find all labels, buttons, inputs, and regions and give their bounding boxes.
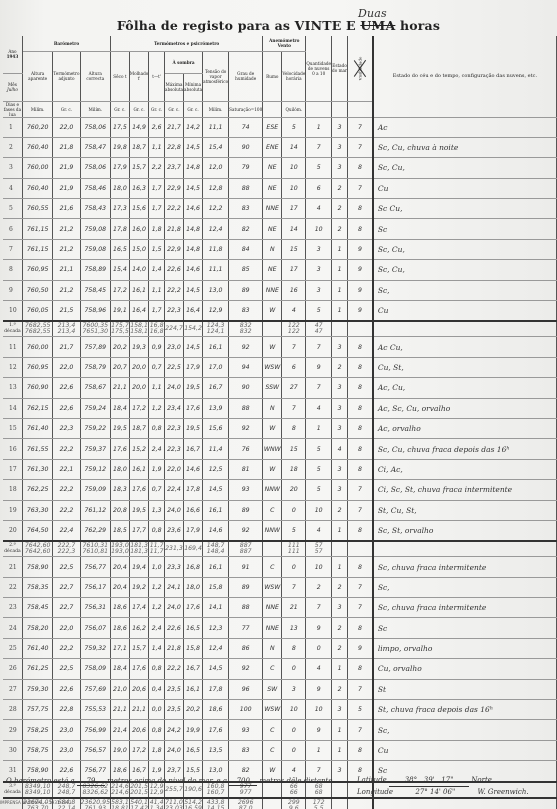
cell: 760,00 (22, 158, 53, 178)
col-bar-corrected: Altura correcta (80, 51, 111, 101)
cell: 1 (332, 520, 348, 541)
summary-cell: 41,41,34 (149, 798, 165, 809)
summary-cell: 2999,6 (282, 798, 306, 809)
shade-group-header: À sombra (164, 51, 202, 73)
cell: 21,1 (111, 700, 130, 720)
cell: 1,9 (149, 459, 165, 479)
cell: 756,31 (80, 598, 111, 618)
cell: 17 (282, 199, 306, 219)
cell: N (263, 638, 282, 658)
unit-8: Milím. (203, 101, 229, 117)
cell: 21,7 (164, 117, 183, 137)
cell: 22,1 (53, 459, 80, 479)
unit-11: Quilóm. (282, 101, 306, 117)
day-number: 6 (3, 219, 22, 239)
cell: 14,5 (184, 178, 203, 198)
cell: 9 (306, 720, 332, 740)
day-number: 20 (3, 520, 22, 541)
cell: 21,2 (53, 219, 80, 239)
cell: 15,2 (129, 439, 149, 459)
cell: 14,6 (184, 260, 203, 280)
day-number: 1 (3, 117, 22, 137)
cell: 20,2 (184, 700, 203, 720)
cell: 3 (306, 260, 332, 280)
cell: 7 (348, 577, 373, 597)
unit-3: Gr. c. (111, 101, 130, 117)
cell: 16,7 (184, 439, 203, 459)
col-sea-state: Estado do mar (332, 36, 348, 101)
cell: 3 (306, 239, 332, 259)
cell: 760,90 (22, 378, 53, 398)
cell: 10 (306, 219, 332, 239)
cell: 22,2 (53, 480, 80, 500)
cell: W (263, 337, 282, 357)
cell: 756,57 (80, 740, 111, 760)
cell: 4 (306, 199, 332, 219)
cell: 762,15 (22, 398, 53, 418)
day-number: 27 (3, 679, 22, 699)
cell: 2,4 (149, 439, 165, 459)
day-number: 23 (3, 598, 22, 618)
sky-observation: Sc, chuva fraca intermitente (373, 598, 557, 618)
thermometers-group-header: Termómetros e psicrómetro (111, 36, 263, 51)
cell: W (263, 418, 282, 438)
cell: 4 (282, 301, 306, 322)
cell: 7 (306, 137, 332, 157)
cell: 1 (332, 659, 348, 679)
barometer-distance-value: 700 (229, 777, 257, 786)
cell: 12,9 (203, 301, 229, 322)
summary-cell: 269687,0 (229, 798, 263, 809)
cell: 15,0 (129, 239, 149, 259)
cell: 1 (332, 740, 348, 760)
summary-cell: 7610,317610,81 (80, 541, 111, 557)
sky-observation: Sc, Cu, (373, 239, 557, 259)
summary-label: 1.ª década (3, 321, 22, 337)
cell: 21,9 (53, 178, 80, 198)
col-diff: t—t' (149, 51, 165, 101)
cell: 3 (332, 378, 348, 398)
table-row: 18762,2522,2759,0918,317,60,722,417,814,… (3, 480, 557, 500)
cell: 16,1 (203, 557, 229, 577)
cell: 90 (229, 378, 263, 398)
cell: 4 (306, 520, 332, 541)
sky-observation: Sc, St, orvalho (373, 520, 557, 541)
cell: C (263, 659, 282, 679)
cell: 758,89 (80, 260, 111, 280)
cell: 5 (282, 520, 306, 541)
cell: 1,2 (149, 577, 165, 597)
summary-cell: 16,816,8 (149, 321, 165, 337)
summary-row: 2.ª década7642,607642,60222,7222,37610,3… (3, 541, 557, 557)
cell: 83 (229, 740, 263, 760)
cell: 22,5 (53, 557, 80, 577)
cell: 15 (282, 439, 306, 459)
cell: C (263, 740, 282, 760)
cell: N (263, 398, 282, 418)
day-number: 22 (3, 577, 22, 597)
cell: ENE (263, 137, 282, 157)
cell: 12,5 (203, 459, 229, 479)
cell: 17,3 (111, 199, 130, 219)
cell: 758,06 (80, 158, 111, 178)
col-vapour: Tensão do vapor atmosférico (203, 51, 229, 101)
cell: 21,4 (111, 720, 130, 740)
cell: 90 (229, 137, 263, 157)
col-dry: Sêco t (111, 51, 130, 101)
sky-observation: limpo, orvalho (373, 638, 557, 658)
cell: 13,9 (203, 398, 229, 418)
cell: 24,0 (164, 740, 183, 760)
cell: NE (263, 158, 282, 178)
cell: 91 (229, 557, 263, 577)
cell: 1 (332, 260, 348, 280)
table-row: 13760,9022,6758,6721,120,01,124,019,516,… (3, 378, 557, 398)
sky-observation: Ci, Sc, St, chuva fraca intermitente (373, 480, 557, 500)
cell: 22,3 (53, 418, 80, 438)
cell: 3 (332, 480, 348, 500)
cell: 17,8 (184, 480, 203, 500)
cell: 760,40 (22, 178, 53, 198)
cell: 2 (332, 577, 348, 597)
cell: 15,8 (203, 577, 229, 597)
cell: 10 (282, 700, 306, 720)
barometer-height-value: 79 (77, 777, 105, 786)
cell: 5 (282, 117, 306, 137)
cell: 756,77 (80, 557, 111, 577)
sky-observation: Cu (373, 740, 557, 760)
cell: 24,0 (164, 598, 183, 618)
cell: 24,2 (164, 720, 183, 740)
cell: 17,2 (111, 280, 130, 300)
cell: 7 (348, 500, 373, 520)
col-cloud-amount: Quantidade de nuvens 0 a 10 (306, 36, 332, 101)
sky-observation: Sc, (373, 720, 557, 740)
day-number: 16 (3, 439, 22, 459)
cell: 1 (332, 239, 348, 259)
cell: 15,6 (129, 199, 149, 219)
summary-cell: 175,7175,5 (111, 321, 130, 337)
cell: 22,9 (164, 178, 183, 198)
cell: 18 (282, 459, 306, 479)
cell: 12,4 (203, 219, 229, 239)
cell: 17,8 (111, 219, 130, 239)
cell: 21 (282, 598, 306, 618)
table-row: 19763,3022,2761,1220,819,51,324,016,616,… (3, 500, 557, 520)
cell: 22,2 (53, 439, 80, 459)
summary-cell: 23620,95761,93 (80, 798, 111, 809)
summary-cell: 11,711,7 (149, 541, 165, 557)
cell: 0,4 (149, 679, 165, 699)
cell: 14,2 (184, 117, 203, 137)
cell: 7 (282, 577, 306, 597)
cell: 0 (282, 659, 306, 679)
cell: C (263, 720, 282, 740)
summary-cell: 832832 (229, 321, 263, 337)
table-row: 28757,7522,8755,5321,121,10,023,520,218,… (3, 700, 557, 720)
cell: 7 (306, 337, 332, 357)
summary-obs-blank (373, 541, 557, 557)
cell: 79 (229, 158, 263, 178)
table-row: 20764,5022,4762,2918,517,70,823,617,914,… (3, 520, 557, 541)
cell: SW (263, 679, 282, 699)
cell: 92 (229, 337, 263, 357)
cell: 88 (229, 398, 263, 418)
summary-cell: 181,3181,3 (129, 541, 149, 557)
cell: 8 (348, 219, 373, 239)
table-row: 5760,5521,6758,4317,315,61,722,214,612,2… (3, 199, 557, 219)
cell: 2 (306, 577, 332, 597)
day-number: 9 (3, 280, 22, 300)
summary-cell: 169,4 (184, 541, 203, 557)
summary-cell (263, 541, 282, 557)
cell: 22,5 (164, 357, 183, 377)
cell: 1,7 (149, 178, 165, 198)
cell: 1,3 (149, 500, 165, 520)
cell: 5 (306, 459, 332, 479)
cell: 12,4 (203, 638, 229, 658)
page-title: Fôlha de registo para as VINTE E UMA hor… (0, 18, 557, 33)
cell: 759,22 (80, 418, 111, 438)
summary-cell: 711,023,03 (164, 798, 183, 809)
cell: 22,0 (53, 357, 80, 377)
table-row: 27759,3022,6757,6921,020,60,423,516,117,… (3, 679, 557, 699)
cell: 85 (229, 260, 263, 280)
cell: 8 (282, 638, 306, 658)
cell: 14 (282, 219, 306, 239)
cell: 10 (306, 500, 332, 520)
cell: 3 (332, 117, 348, 137)
cell: 0,8 (149, 720, 165, 740)
cell: 19,2 (129, 577, 149, 597)
cell: 3 (332, 459, 348, 479)
table-row: 29758,2523,0756,9921,420,60,824,219,917,… (3, 720, 557, 740)
cell: 89 (229, 577, 263, 597)
cell: 11,4 (203, 439, 229, 459)
cell: 17,1 (111, 638, 130, 658)
observation-table: Ano1943 Barómetro Termómetros e psicróme… (3, 36, 557, 809)
unit-0: Milím. (22, 101, 53, 117)
summary-cell: 887887 (229, 541, 263, 557)
cell: 23,0 (164, 337, 183, 357)
cell: NNE (263, 598, 282, 618)
cell: 3 (332, 137, 348, 157)
cell: 16 (282, 280, 306, 300)
cell: 760,05 (22, 301, 53, 322)
cell: 1,8 (149, 740, 165, 760)
cell: 92 (229, 520, 263, 541)
summary-cell: 193,0193,0 (111, 541, 130, 557)
cell: 18,0 (111, 178, 130, 198)
cell: 5 (306, 480, 332, 500)
cell: 15,4 (111, 260, 130, 280)
cell: 10 (306, 700, 332, 720)
cell: 16,6 (184, 500, 203, 520)
sky-observation: St, Cu, St, (373, 500, 557, 520)
cell: 7 (348, 178, 373, 198)
cell: 758,46 (80, 178, 111, 198)
cell: 81 (229, 459, 263, 479)
cell: 762,29 (80, 520, 111, 541)
cell: 15,7 (129, 158, 149, 178)
summary-cell: 583,118,81 (111, 798, 130, 809)
day-number: 30 (3, 740, 22, 760)
cell: 759,32 (80, 638, 111, 658)
sky-observation: Ac (373, 117, 557, 137)
cell: 84 (229, 239, 263, 259)
cell: 8 (348, 557, 373, 577)
cell: 10 (282, 178, 306, 198)
cell: 21,8 (164, 638, 183, 658)
cell: NE (263, 260, 282, 280)
cell: 23,0 (53, 740, 80, 760)
cell: 18,7 (129, 418, 149, 438)
cell: 22,9 (164, 239, 183, 259)
cell: 9 (306, 357, 332, 377)
cell: 21,1 (129, 700, 149, 720)
summary-cell: 540,117,42 (129, 798, 149, 809)
cell: 20,2 (111, 337, 130, 357)
col-wind-speed: Velocidade horária (282, 51, 306, 101)
summary-row: 23674,05763,70684,822,1423620,95761,9358… (3, 798, 557, 809)
cell: 15,4 (203, 137, 229, 157)
cell: 17,6 (184, 598, 203, 618)
cell: 4 (332, 439, 348, 459)
cell: 15 (282, 239, 306, 259)
cell: 22,6 (53, 679, 80, 699)
cell: 763,30 (22, 500, 53, 520)
barometer-group-header: Barómetro (22, 36, 110, 51)
summary-cell (263, 798, 282, 809)
cell: 16,7 (203, 378, 229, 398)
table-row: 10760,0521,5758,9619,116,41,722,316,412,… (3, 301, 557, 322)
cell: 19,5 (184, 378, 203, 398)
sky-observation: Sc, Cu, chuva à noite (373, 137, 557, 157)
cell: 17,9 (184, 520, 203, 541)
cell: 14,6 (184, 459, 203, 479)
cell: 761,40 (22, 638, 53, 658)
cell: 2 (332, 500, 348, 520)
cell: 1 (306, 117, 332, 137)
cell: 22,2 (53, 638, 80, 658)
cell: 21,1 (111, 378, 130, 398)
cell: NNW (263, 480, 282, 500)
cell: 8 (348, 618, 373, 638)
summary-cell: 7600,357651,30 (80, 321, 111, 337)
day-number: 12 (3, 357, 22, 377)
cell: 18,5 (111, 520, 130, 541)
unit-6: Gr. c. (164, 101, 183, 117)
sky-observation: Ci, Ac, (373, 459, 557, 479)
title-suffix: horas (400, 18, 440, 33)
cell: 2,6 (149, 117, 165, 137)
cell: SSW (263, 378, 282, 398)
table-row: 26761,2522,5758,0918,417,60,822,216,714,… (3, 659, 557, 679)
cell: 17,4 (129, 598, 149, 618)
title-struck: UMA (360, 18, 395, 33)
cell: 18,6 (111, 598, 130, 618)
cell: 2,2 (149, 158, 165, 178)
cell: 8 (348, 337, 373, 357)
cell: 7 (348, 117, 373, 137)
cell: 760,40 (22, 137, 53, 157)
cell: 22,8 (53, 700, 80, 720)
summary-cell: 4747 (306, 321, 332, 337)
cell: 82 (229, 219, 263, 239)
day-number: 21 (3, 557, 22, 577)
sky-observation: Ac, orvalho (373, 418, 557, 438)
summary-cell (348, 321, 373, 337)
sky-observation: Sc, (373, 577, 557, 597)
summary-cell: 213,4213,4 (53, 321, 80, 337)
summary-label: 2.ª década (3, 541, 22, 557)
cell: 1,4 (149, 638, 165, 658)
col-wind-dir: Rumo (263, 51, 282, 101)
longitude-value: 27° 14' 06" (395, 787, 475, 799)
cell: 1 (332, 720, 348, 740)
table-row: 14762,1522,6759,2418,417,21,223,417,613,… (3, 398, 557, 418)
cell: 1,1 (149, 378, 165, 398)
cell: 9 (348, 239, 373, 259)
cell: 758,25 (22, 720, 53, 740)
cell: C (263, 500, 282, 520)
cell: 7 (348, 480, 373, 500)
sky-observation: Cu (373, 178, 557, 198)
title-bold: VINTE E (295, 18, 356, 33)
summary-cell (263, 321, 282, 337)
cell: 758,96 (80, 301, 111, 322)
table-row: 2760,4021,8758,4719,818,71,122,814,515,4… (3, 137, 557, 157)
cell: 761,25 (22, 659, 53, 679)
cell: 16,4 (184, 301, 203, 322)
cell: 8 (348, 520, 373, 541)
summary-cell (332, 321, 348, 337)
day-number: 5 (3, 199, 22, 219)
cell: 756,99 (80, 720, 111, 740)
cell: 18,0 (111, 459, 130, 479)
cell: 757,75 (22, 700, 53, 720)
cell: 18,4 (111, 659, 130, 679)
cell: 21,5 (53, 301, 80, 322)
cell: 0 (306, 638, 332, 658)
cell: 0,8 (149, 659, 165, 679)
summary-cell: 222,7222,3 (53, 541, 80, 557)
cell: 0 (282, 500, 306, 520)
cell: 20,6 (129, 720, 149, 740)
day-number: 28 (3, 700, 22, 720)
cell: 1,5 (149, 239, 165, 259)
cell: 756,07 (80, 618, 111, 638)
cell: 3 (282, 679, 306, 699)
cell: 18,0 (184, 577, 203, 597)
cell: 20,7 (111, 357, 130, 377)
cell: 759,08 (80, 219, 111, 239)
cell: 761,15 (22, 219, 53, 239)
summary-cell: 111111 (282, 541, 306, 557)
day-number: 19 (3, 500, 22, 520)
cell: 17 (282, 260, 306, 280)
cell: 93 (229, 720, 263, 740)
cell: WSW (263, 357, 282, 377)
cell: 760,95 (22, 357, 53, 377)
cell: 8 (348, 439, 373, 459)
cell: 14,1 (203, 598, 229, 618)
cell: 3 (332, 598, 348, 618)
cell: 16,1 (203, 500, 229, 520)
cell: 22,4 (53, 520, 80, 541)
cell: 8 (348, 418, 373, 438)
cell: 20 (282, 480, 306, 500)
